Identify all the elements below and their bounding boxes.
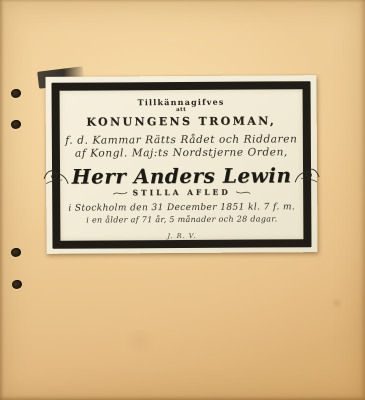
passing-phrase: STILLA AFLED bbox=[133, 188, 231, 198]
page-stain bbox=[330, 298, 344, 308]
mourning-card: Tillkännagifves att KONUNGENS TROMAN, f.… bbox=[45, 75, 317, 254]
page-stain bbox=[120, 330, 160, 352]
punch-hole bbox=[11, 248, 21, 257]
deceased-name: Herr Anders Lewin bbox=[72, 163, 292, 188]
announcement-intro: Tillkännagifves bbox=[138, 97, 225, 108]
black-mourning-border: Tillkännagifves att KONUNGENS TROMAN, f.… bbox=[51, 81, 311, 249]
punch-hole bbox=[11, 89, 21, 98]
punch-hole bbox=[11, 120, 21, 129]
printer-initials: J. R. V. bbox=[167, 232, 196, 240]
death-details: i Stockholm den 31 December 1851 kl. 7 f… bbox=[68, 202, 295, 213]
age-details: i en ålder af 71 år, 5 månader och 28 da… bbox=[86, 214, 277, 224]
office-line-1: f. d. Kammar Rätts Rådet och Riddaren bbox=[65, 133, 297, 146]
office-line-2: af Kongl. Maj:ts Nordstjerne Orden, bbox=[75, 146, 288, 159]
punch-hole bbox=[12, 280, 22, 289]
album-page-scan: Tillkännagifves att KONUNGENS TROMAN, f.… bbox=[0, 0, 365, 400]
announcement-conjunction: att bbox=[176, 107, 186, 113]
royal-title-line: KONUNGENS TROMAN, bbox=[86, 114, 276, 128]
passing-phrase-row: STILLA AFLED bbox=[113, 188, 251, 198]
flourish-left-icon bbox=[43, 165, 69, 187]
flourish-small-left-icon bbox=[113, 189, 129, 197]
flourish-small-right-icon bbox=[235, 188, 251, 196]
deceased-name-row: Herr Anders Lewin bbox=[43, 162, 321, 189]
flourish-right-icon bbox=[294, 164, 320, 186]
